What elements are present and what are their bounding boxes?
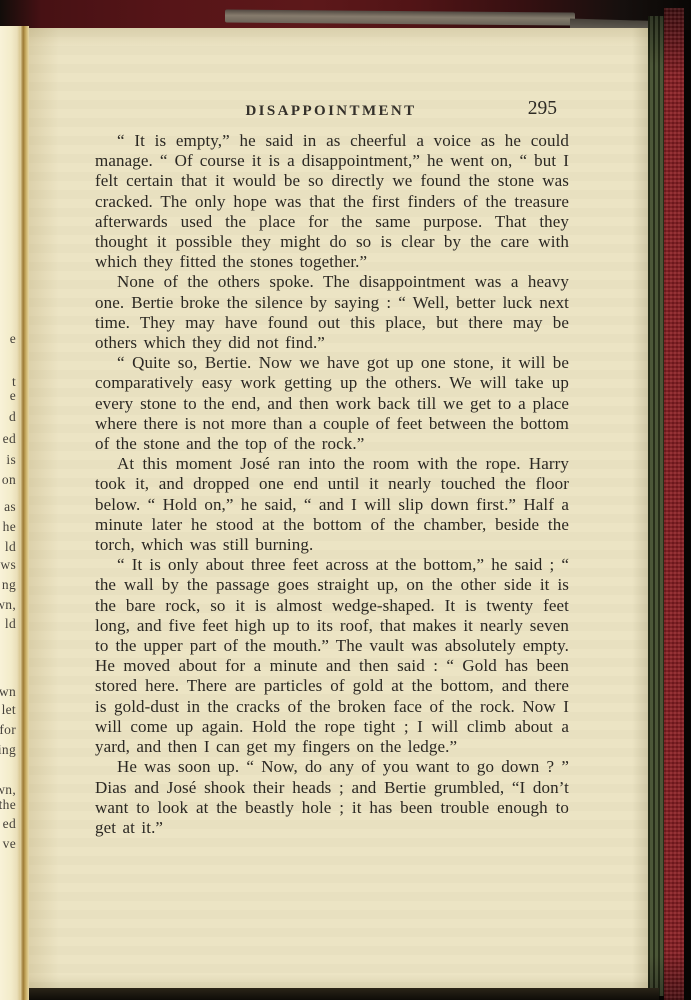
facing-page-text-fragment: for [0, 723, 16, 737]
facing-page-text-fragment: he [3, 520, 16, 534]
paragraph: “ It is empty,” he said in as cheerful a… [95, 131, 569, 272]
facing-page-text-fragment: wn, [0, 598, 16, 612]
page-text: “ It is empty,” he said in as cheerful a… [95, 131, 569, 838]
cover-red-cloth [664, 8, 684, 1000]
facing-page-sliver: etededisonasheldwsngwn,ldwnletforingwn,t… [0, 26, 20, 1000]
facing-page-text-fragment: ed [3, 817, 16, 831]
facing-page-text-fragment: is [6, 453, 16, 467]
facing-page-text-fragment: ve [3, 837, 16, 851]
paragraph: “ It is only about three feet across at … [95, 555, 569, 757]
facing-page-text-fragment: ws [0, 558, 16, 572]
facing-page-text-fragment: ed [3, 432, 16, 446]
page-bottom-shadow [29, 988, 659, 1000]
paragraph: “ Quite so, Bertie. Now we have got up o… [95, 353, 569, 454]
facing-page-text-fragment: ld [5, 540, 16, 554]
facing-page-text-fragment: the [0, 798, 16, 812]
facing-page-text-fragment: as [4, 500, 16, 514]
cover-edge-green [648, 16, 665, 996]
facing-page-text-fragment: t [12, 375, 16, 389]
facing-page-text-fragment: d [9, 410, 16, 424]
paragraph: None of the others spoke. The disappoint… [95, 272, 569, 353]
book-pages-top-edge [225, 9, 575, 25]
facing-page-text-fragment: on [2, 473, 16, 487]
running-header-title: DISAPPOINTMENT [245, 103, 416, 120]
page-number: 295 [528, 98, 557, 120]
facing-page-text-fragment: e [10, 332, 16, 346]
facing-page-text-fragment: ld [5, 617, 16, 631]
facing-page-text-fragment: let [2, 703, 16, 717]
paragraph: He was soon up. “ Now, do any of you wan… [95, 757, 569, 838]
book-cover-top-edge [0, 0, 691, 30]
page-gutter-shadow [20, 26, 29, 1000]
facing-page-text-fragment: ng [2, 578, 16, 592]
book-photo: etededisonasheldwsngwn,ldwnletforingwn,t… [0, 0, 691, 1000]
facing-page-text-fragment: e [10, 389, 16, 403]
paragraph: At this moment José ran into the room wi… [95, 454, 569, 555]
book-page: DISAPPOINTMENT 295 “ It is empty,” he sa… [29, 28, 648, 988]
running-header: DISAPPOINTMENT 295 [95, 101, 567, 121]
facing-page-text-fragment: wn [0, 685, 16, 699]
facing-page-text-fragment: ing [0, 743, 16, 757]
facing-page-text-fragment: wn, [0, 783, 16, 797]
